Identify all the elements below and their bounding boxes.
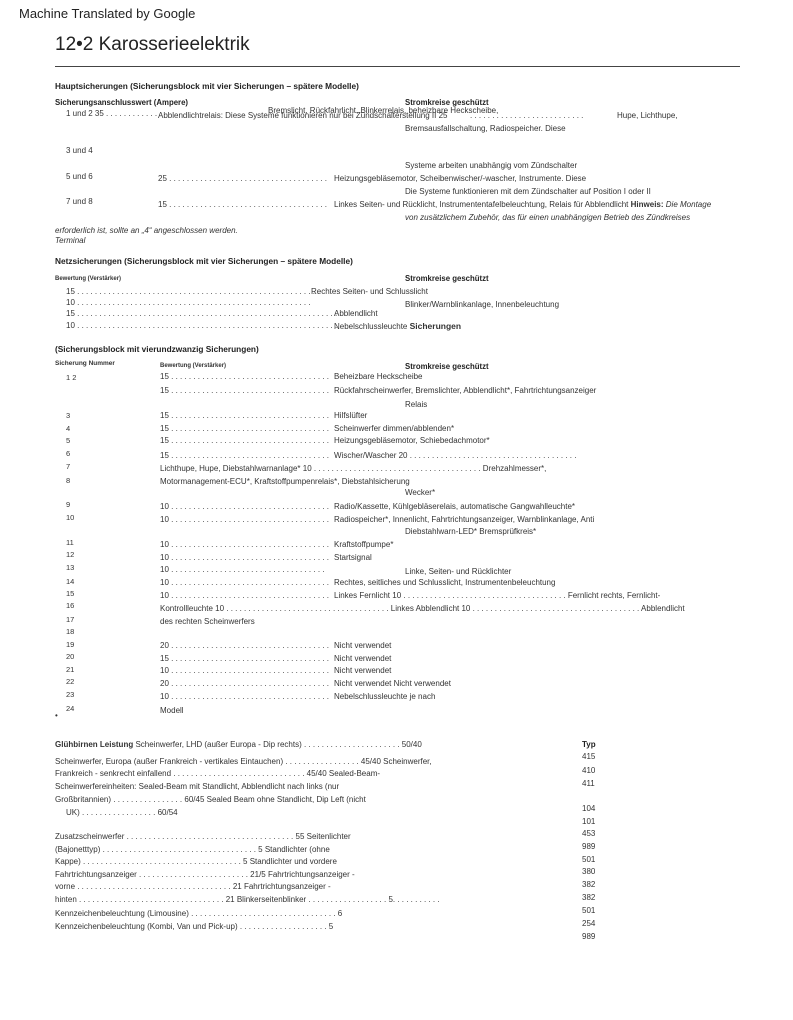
fuse-circuit-continuation: Wecker*	[405, 488, 435, 497]
mains-rating-header: Bewertung (Verstärker)	[55, 276, 121, 282]
bulb-type: 989	[582, 842, 595, 851]
bulb-line: Zusatzscheinwerfer . . . . . . . . . . .…	[55, 832, 351, 841]
fuse-number: 23	[66, 690, 74, 699]
title-divider	[55, 66, 740, 67]
type-column-header: Typ	[582, 740, 596, 749]
fuse-number-header: Sicherung Nummer	[55, 360, 115, 367]
bulbs-first-line: Glühbirnen Leistung Scheinwerfer, LHD (a…	[55, 740, 422, 749]
fuse-circuit: Lichthupe, Hupe, Diebstahlwarnanlage* 10…	[160, 464, 546, 473]
mains-fuse-rating: 10 . . . . . . . . . . . . . . . . . . .…	[66, 321, 337, 330]
fuse-number: 1 2	[66, 373, 76, 382]
fuse-number: 11	[66, 538, 74, 547]
fuse-rating: 10 . . . . . . . . . . . . . . . . . . .…	[160, 578, 329, 587]
mains-fuse-circuit: Blinker/Warnblinkanlage, Innenbeleuchtun…	[405, 300, 559, 309]
bulb-type: 453	[582, 829, 595, 838]
fuse-rating: 15 . . . . . . . . . . . . . . . . . . .…	[160, 386, 329, 395]
fuse-rating: 15 . . . . . . . . . . . . . . . . . . .…	[160, 372, 329, 381]
note-label: Hinweis:	[631, 200, 664, 209]
fuse-circuit: Scheinwerfer dimmen/abblenden*	[334, 424, 454, 433]
main-row-2-text: Systeme arbeiten unabhängig vom Zündscha…	[405, 161, 577, 170]
fuse-number: 6	[66, 449, 70, 458]
fuse-number: 19	[66, 640, 74, 649]
fuse-rating: 20 . . . . . . . . . . . . . . . . . . .…	[160, 679, 329, 688]
bulb-type: 254	[582, 919, 595, 928]
circuit-bold-text: Sicherungen	[410, 321, 461, 331]
mains-fuse-circuit: Rechtes Seiten- und Schlusslicht	[311, 287, 428, 296]
fuse-rating: 15 . . . . . . . . . . . . . . . . . . .…	[160, 451, 329, 460]
fuse-rating: 15 . . . . . . . . . . . . . . . . . . .…	[160, 424, 329, 433]
fuse-number: 8	[66, 476, 70, 485]
fuse-rating: 10 . . . . . . . . . . . . . . . . . . .…	[160, 515, 329, 524]
bulb-type: 411	[582, 779, 595, 788]
fuse-circuit: Nicht verwendet	[334, 641, 391, 650]
fuse-rating: 20 . . . . . . . . . . . . . . . . . . .…	[160, 641, 329, 650]
main-row-1-overlay: Bremslicht, Rückfahrlicht, Blinkerrelais…	[268, 106, 498, 115]
fuse-number: 17	[66, 615, 74, 624]
bulb-type: 104	[582, 804, 595, 813]
fuse-number: 16	[66, 601, 74, 610]
fuse-number: 4	[66, 424, 70, 433]
fuse-rating: 10 . . . . . . . . . . . . . . . . . . .…	[160, 565, 324, 574]
main-row-2-label: 3 und 4	[66, 146, 93, 155]
bulb-type: 415	[582, 752, 595, 761]
fuse-rating: 10 . . . . . . . . . . . . . . . . . . .…	[160, 591, 329, 600]
fuse-rating: 15 . . . . . . . . . . . . . . . . . . .…	[160, 436, 329, 445]
note-line-3: erforderlich ist, sollte an „4“ angeschl…	[55, 226, 238, 235]
fuse-rating: 10 . . . . . . . . . . . . . . . . . . .…	[160, 553, 329, 562]
main-row-4-rating: 15 . . . . . . . . . . . . . . . . . . .…	[158, 200, 327, 209]
fuse-block-24-heading: (Sicherungsblock mit vierundzwanzig Sich…	[55, 344, 259, 354]
mains-circuits-header: Stromkreise geschützt	[405, 274, 489, 283]
bulb-line: Kennzeichenbeleuchtung (Kombi, Van und P…	[55, 922, 333, 931]
fuse-circuit: Radiospeicher*, Innenlicht, Fahrtrichtun…	[334, 515, 594, 524]
fuse-number: 21	[66, 665, 74, 674]
page-title: 12•2 Karosserieelektrik	[55, 34, 250, 56]
bulb-line: Frankreich - senkrecht einfallend . . . …	[55, 769, 380, 778]
main-row-1-end: Hupe, Lichthupe,	[617, 111, 678, 120]
fuse-number: 13	[66, 563, 74, 572]
circuit-text: Blinker/Warnblinkanlage, Innenbeleuchtun…	[405, 300, 559, 309]
mains-fuse-circuit: Nebelschlussleuchte Sicherungen	[334, 321, 461, 331]
footnote-bullet: •	[55, 711, 58, 720]
bulb-line: (Bajonetttyp) . . . . . . . . . . . . . …	[55, 845, 330, 854]
fuse-rating: 15 . . . . . . . . . . . . . . . . . . .…	[160, 654, 329, 663]
bulb-type: 382	[582, 893, 595, 902]
fuse-number: 7	[66, 462, 70, 471]
bulb-type: 382	[582, 880, 595, 889]
bulb-type: 989	[582, 932, 595, 941]
fuse-rating: 15 . . . . . . . . . . . . . . . . . . .…	[160, 411, 329, 420]
fuse-circuit: Rechtes, seitliches und Schlusslicht, In…	[334, 578, 555, 587]
fuse-number: 10	[66, 513, 74, 522]
main-row-4-circuits: Linkes Seiten- und Rücklicht, Instrument…	[334, 200, 628, 209]
bulb-line: Kennzeichenbeleuchtung (Limousine) . . .…	[55, 909, 342, 918]
fuse-circuit: Beheizbare Heckscheibe	[334, 372, 423, 381]
bulb-line: Scheinwerfer, Europa (außer Frankreich -…	[55, 757, 432, 766]
fuse-number: 22	[66, 677, 74, 686]
fuse-circuit: Linke, Seiten- und Rücklichter	[405, 567, 511, 576]
bulb-line: Großbritannien) . . . . . . . . . . . . …	[55, 795, 366, 804]
fuse-number: 20	[66, 652, 74, 661]
fuse-rating: 10 . . . . . . . . . . . . . . . . . . .…	[160, 540, 329, 549]
main-row-3-text: Heizungsgebläsemotor, Scheibenwischer/-w…	[334, 174, 586, 183]
fuse-circuits-header: Stromkreise geschützt	[405, 362, 489, 371]
fuse-circuit: Radio/Kassette, Kühlgebläserelais, autom…	[334, 502, 575, 511]
fuse-circuit-continuation: Diebstahlwarn-LED* Bremsprüfkreis*	[405, 527, 536, 536]
note-line-4: Terminal	[55, 236, 85, 245]
fuse-circuit: des rechten Scheinwerfers	[160, 617, 255, 626]
fuse-circuit: Wischer/Wascher 20 . . . . . . . . . . .…	[334, 451, 576, 460]
fuse-circuit: Kontrollleuchte 10 . . . . . . . . . . .…	[160, 604, 685, 613]
machine-translated-banner: Machine Translated by Google	[19, 6, 195, 21]
bulb-line: Scheinwerfereinheiten: Sealed-Beam mit S…	[55, 782, 339, 791]
fuse-number: 9	[66, 500, 70, 509]
mains-fuses-heading: Netzsicherungen (Sicherungsblock mit vie…	[55, 256, 353, 266]
main-row-4-text: Linkes Seiten- und Rücklicht, Instrument…	[334, 200, 711, 209]
bulbs-heading: Glühbirnen Leistung	[55, 740, 133, 749]
note-text: Die Montage	[666, 200, 711, 209]
fuse-number: 5	[66, 436, 70, 445]
bulb-type: 501	[582, 906, 595, 915]
fuse-circuit-continuation: Relais	[405, 400, 427, 409]
main-row-1-line2: Bremsausfallschaltung, Radiospeicher. Di…	[405, 124, 566, 133]
fuse-circuit: Heizungsgebläsemotor, Schiebedachmotor*	[334, 436, 490, 445]
main-row-3-line2: Die Systeme funktionieren mit dem Zündsc…	[405, 187, 651, 196]
fuse-circuit: Nebelschlussleuchte je nach	[334, 692, 435, 701]
fuse-circuit: Modell	[160, 706, 184, 715]
rating-column-header: Sicherungsanschlusswert (Ampere)	[55, 98, 188, 107]
note-line-2: von zusätzlichem Zubehör, das für einen …	[405, 213, 690, 222]
bulb-line: Kappe) . . . . . . . . . . . . . . . . .…	[55, 857, 337, 866]
bulb-type: 501	[582, 855, 595, 864]
fuse-circuit: Nicht verwendet Nicht verwendet	[334, 679, 451, 688]
main-row-3-rating: 25 . . . . . . . . . . . . . . . . . . .…	[158, 174, 327, 183]
mains-fuse-rating: 10 . . . . . . . . . . . . . . . . . . .…	[66, 298, 311, 307]
main-row-4-label: 7 und 8	[66, 197, 93, 206]
fuse-rating: 10 . . . . . . . . . . . . . . . . . . .…	[160, 666, 329, 675]
fuse-number: 15	[66, 589, 74, 598]
mains-fuse-rating: 15 . . . . . . . . . . . . . . . . . . .…	[66, 309, 337, 318]
fuse-number: 14	[66, 577, 74, 586]
fuse-rating: 10 . . . . . . . . . . . . . . . . . . .…	[160, 692, 329, 701]
fuse-number: 12	[66, 550, 74, 559]
fuse-circuit: Hilfslüfter	[334, 411, 367, 420]
fuse-circuit: Nicht verwendet	[334, 654, 391, 663]
fuse-number: 18	[66, 627, 74, 636]
bulb-line: vorne . . . . . . . . . . . . . . . . . …	[55, 882, 331, 891]
fuse-circuit: Linkes Fernlicht 10 . . . . . . . . . . …	[334, 591, 660, 600]
main-fuses-heading: Hauptsicherungen (Sicherungsblock mit vi…	[55, 81, 359, 91]
bulb-line: UK) . . . . . . . . . . . . . . . . . 60…	[66, 808, 178, 817]
main-row-3-label: 5 und 6	[66, 172, 93, 181]
bulb-line: Fahrtrichtungsanzeiger . . . . . . . . .…	[55, 870, 355, 879]
bulb-type: 410	[582, 766, 595, 775]
fuse-number: 3	[66, 411, 70, 420]
fuse-circuit: Kraftstoffpumpe*	[334, 540, 393, 549]
fuse-number: 24	[66, 704, 74, 713]
main-row-1-label: 1 und 2 35 . . . . . . . . . . . .	[66, 109, 157, 118]
mains-fuse-circuit: Abblendlicht	[334, 309, 378, 318]
fuse-rating: 10 . . . . . . . . . . . . . . . . . . .…	[160, 502, 329, 511]
fuse-circuit: Rückfahrscheinwerfer, Bremslichter, Abbl…	[334, 386, 596, 395]
bulb-line: Scheinwerfer, LHD (außer Europa - Dip re…	[135, 740, 421, 749]
fuse-circuit: Motormanagement-ECU*, Kraftstoffpumpenre…	[160, 477, 410, 486]
fuse-circuit: Startsignal	[334, 553, 372, 562]
circuit-text: Rechtes Seiten- und Schlusslicht	[311, 287, 428, 296]
circuit-text: Nebelschlussleuchte	[334, 322, 407, 331]
bulb-type: 380	[582, 867, 595, 876]
main-row-1-dots: . . . . . . . . . . . . . . . . . . . . …	[470, 111, 583, 120]
bulb-line: hinten . . . . . . . . . . . . . . . . .…	[55, 895, 440, 904]
mains-fuse-rating: 15 . . . . . . . . . . . . . . . . . . .…	[66, 287, 319, 296]
bulb-type: 101	[582, 817, 595, 826]
circuit-text: Abblendlicht	[334, 309, 378, 318]
fuse-rating-header: Bewertung (Verstärker)	[160, 363, 226, 369]
fuse-circuit: Nicht verwendet	[334, 666, 391, 675]
